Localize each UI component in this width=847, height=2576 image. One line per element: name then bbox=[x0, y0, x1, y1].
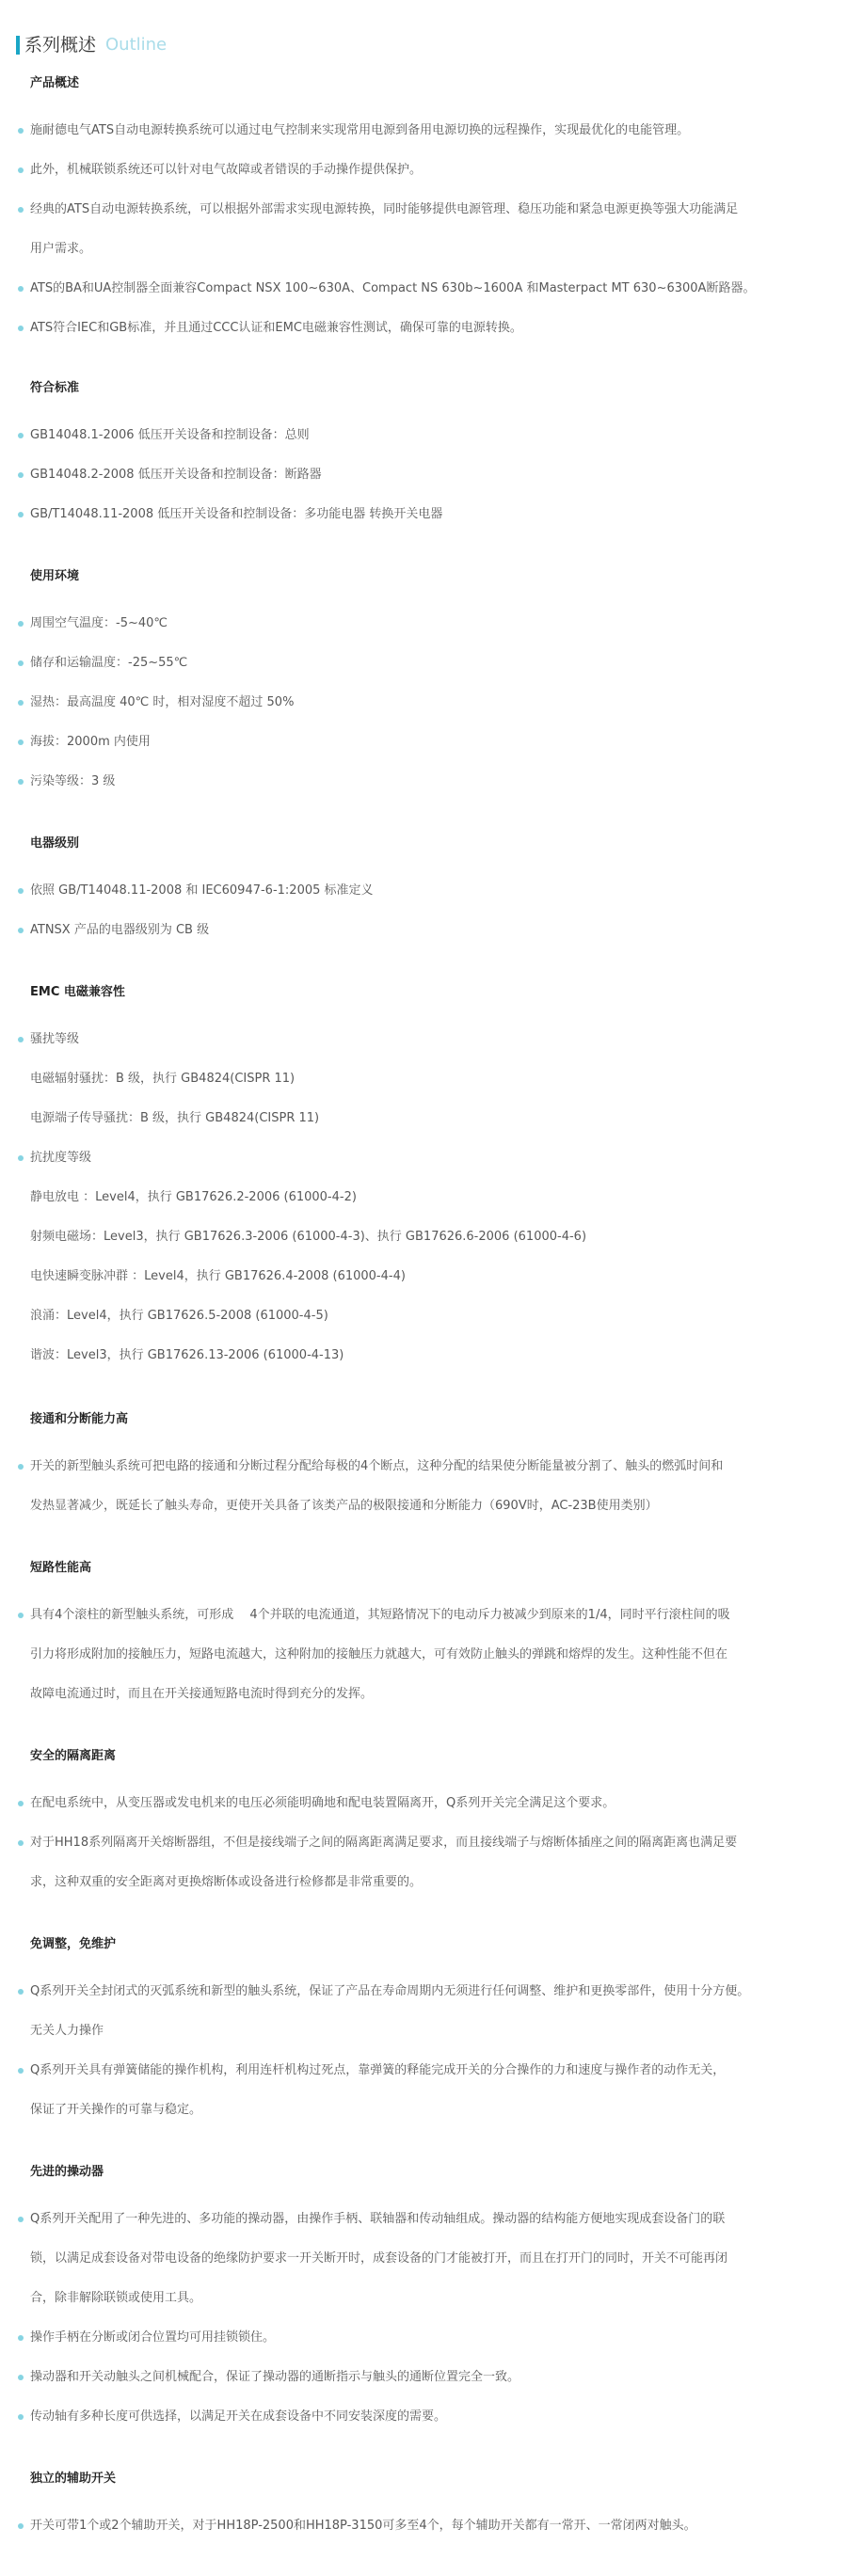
section-heading: 短路性能高 bbox=[30, 1560, 91, 1577]
list-item: 抗扰度等级 bbox=[0, 1150, 847, 1189]
section-lines: 具有4个滚柱的新型触头系统，可形成 4个并联的电流通道，其短路情况下的电动斥力被… bbox=[0, 1607, 847, 1725]
list-item-continuation: 求，这种双重的安全距离对更换熔断体或设备进行检修都是非常重要的。 bbox=[0, 1874, 847, 1914]
list-item: 开关可带1个或2个辅助开关，对于HH18P-2500和HH18P-3150可多至… bbox=[0, 2518, 847, 2557]
list-item: Q系列开关具有弹簧储能的操作机构，利用连杆机构过死点，靠弹簧的释能完成开关的分合… bbox=[0, 2062, 847, 2102]
bullet-dot-icon bbox=[18, 2414, 24, 2420]
bullet-dot-icon bbox=[18, 621, 24, 627]
list-item: 污染等级：3 级 bbox=[0, 773, 847, 813]
list-item-text: Q系列开关全封闭式的灭弧系统和新型的触头系统，保证了产品在寿命周期内无须进行任何… bbox=[30, 1984, 749, 1998]
list-item: 储存和运输温度：-25~55℃ bbox=[0, 655, 847, 694]
bullet-dot-icon bbox=[18, 1464, 24, 1470]
bullet-dot-icon bbox=[18, 1989, 24, 1995]
list-item-continuation: 无关人力操作 bbox=[0, 2023, 847, 2062]
bullet-dot-icon bbox=[18, 928, 24, 933]
list-item-text: 抗扰度等级 bbox=[30, 1151, 91, 1165]
list-item-continuation: 保证了开关操作的可靠与稳定。 bbox=[0, 2102, 847, 2141]
list-item: GB14048.1-2006 低压开关设备和控制设备：总则 bbox=[0, 427, 847, 467]
list-item-text: Q系列开关配用了一种先进的、多功能的操动器，由操作手柄、联轴器和传动轴组成。操动… bbox=[30, 2212, 725, 2226]
list-item: 在配电系统中，从变压器或发电机来的电压必须能明确地和配电装置隔离开，Q系列开关完… bbox=[0, 1795, 847, 1835]
list-item-continuation: 故障电流通过时，而且在开关接通短路电流时得到充分的发挥。 bbox=[0, 1686, 847, 1725]
list-item-continuation: 合，除非解除联锁或使用工具。 bbox=[0, 2290, 847, 2330]
bullet-dot-icon bbox=[18, 2375, 24, 2380]
list-item: ATS的BA和UA控制器全面兼容Compact NSX 100~630A、Com… bbox=[0, 280, 847, 320]
list-item: 经典的ATS自动电源转换系统，可以根据外部需求实现电源转换，同时能够提供电源管理… bbox=[0, 201, 847, 241]
bullet-dot-icon bbox=[18, 512, 24, 517]
list-item: 施耐德电气ATS自动电源转换系统可以通过电气控制来实现常用电源到备用电源切换的远… bbox=[0, 122, 847, 162]
list-item-text: 周围空气温度：-5~40℃ bbox=[30, 616, 168, 630]
list-item: 具有4个滚柱的新型触头系统，可形成 4个并联的电流通道，其短路情况下的电动斥力被… bbox=[0, 1607, 847, 1646]
section-lines: Q系列开关配用了一种先进的、多功能的操动器，由操作手柄、联轴器和传动轴组成。操动… bbox=[0, 2211, 847, 2448]
list-item-text: 依照 GB/T14048.11-2008 和 IEC60947-6-1:2005… bbox=[30, 883, 374, 898]
list-item: 操作手柄在分断或闭合位置均可用挂锁锁住。 bbox=[0, 2330, 847, 2369]
list-item-text: 射频电磁场：Level3，执行 GB17626.3-2006 (61000-4-… bbox=[30, 1230, 586, 1244]
section-lines: 施耐德电气ATS自动电源转换系统可以通过电气控制来实现常用电源到备用电源切换的远… bbox=[0, 122, 847, 359]
list-item-continuation: 静电放电 ：Level4，执行 GB17626.2-2006 (61000-4-… bbox=[0, 1189, 847, 1229]
title-accent-bar bbox=[16, 36, 20, 55]
bullet-dot-icon bbox=[18, 1155, 24, 1161]
section-heading: 符合标准 bbox=[30, 380, 79, 397]
bullet-dot-icon bbox=[18, 700, 24, 706]
bullet-dot-icon bbox=[18, 2523, 24, 2529]
section-lines: 开关可带1个或2个辅助开关，对于HH18P-2500和HH18P-3150可多至… bbox=[0, 2518, 847, 2557]
list-item-text: 湿热：最高温度 40℃ 时，相对湿度不超过 50% bbox=[30, 695, 294, 709]
bullet-dot-icon bbox=[18, 888, 24, 894]
section-lines: 骚扰等级 电磁辐射骚扰：B 级，执行 GB4824(CISPR 11) 电源端子… bbox=[0, 1031, 847, 1387]
list-item-text: 发热显著减少，既延长了触头寿命，更使开关具备了该类产品的极限接通和分断能力（69… bbox=[30, 1499, 658, 1513]
bullet-dot-icon bbox=[18, 472, 24, 478]
list-item-text: 电源端子传导骚扰：B 级，执行 GB4824(CISPR 11) bbox=[30, 1111, 319, 1125]
section-lines: 周围空气温度：-5~40℃ 储存和运输温度：-25~55℃ 湿热：最高温度 40… bbox=[0, 615, 847, 813]
section-heading: 先进的操动器 bbox=[30, 2164, 104, 2181]
list-item-text: 保证了开关操作的可靠与稳定。 bbox=[30, 2103, 201, 2117]
list-item-text: 合，除非解除联锁或使用工具。 bbox=[30, 2291, 201, 2305]
list-item-text: 电磁辐射骚扰：B 级，执行 GB4824(CISPR 11) bbox=[30, 1072, 295, 1086]
bullet-dot-icon bbox=[18, 2217, 24, 2222]
list-item: Q系列开关全封闭式的灭弧系统和新型的触头系统，保证了产品在寿命周期内无须进行任何… bbox=[0, 1983, 847, 2023]
bullet-dot-icon bbox=[18, 660, 24, 666]
list-item-text: 经典的ATS自动电源转换系统，可以根据外部需求实现电源转换，同时能够提供电源管理… bbox=[30, 202, 738, 216]
section-lines: 依照 GB/T14048.11-2008 和 IEC60947-6-1:2005… bbox=[0, 883, 847, 962]
bullet-dot-icon bbox=[18, 1037, 24, 1042]
section-lines: 开关的新型触头系统可把电路的接通和分断过程分配给每极的4个断点，这种分配的结果使… bbox=[0, 1458, 847, 1537]
list-item-continuation: 电源端子传导骚扰：B 级，执行 GB4824(CISPR 11) bbox=[0, 1110, 847, 1150]
list-item-continuation: 引力将形成附加的接触压力，短路电流越大，这种附加的接触压力就越大，可有效防止触头… bbox=[0, 1646, 847, 1686]
section-heading: 接通和分断能力高 bbox=[30, 1411, 128, 1428]
list-item-text: GB14048.1-2006 低压开关设备和控制设备：总则 bbox=[30, 428, 310, 442]
list-item-text: 骚扰等级 bbox=[30, 1032, 79, 1046]
bullet-dot-icon bbox=[18, 326, 24, 331]
page-title: 系列概述 Outline bbox=[16, 34, 167, 56]
section-lines: 在配电系统中，从变压器或发电机来的电压必须能明确地和配电装置隔离开，Q系列开关完… bbox=[0, 1795, 847, 1914]
list-item: 周围空气温度：-5~40℃ bbox=[0, 615, 847, 655]
list-item-continuation: 锁，以满足成套设备对带电设备的绝缘防护要求一开关断开时，成套设备的门才能被打开，… bbox=[0, 2250, 847, 2290]
section-heading: 产品概述 bbox=[30, 75, 79, 92]
list-item-text: Q系列开关具有弹簧储能的操作机构，利用连杆机构过死点，靠弹簧的释能完成开关的分合… bbox=[30, 2063, 725, 2077]
list-item: GB/T14048.11-2008 低压开关设备和控制设备：多功能电器 转换开关… bbox=[0, 506, 847, 546]
list-item-text: 具有4个滚柱的新型触头系统，可形成 4个并联的电流通道，其短路情况下的电动斥力被… bbox=[30, 1608, 730, 1622]
title-english: Outline bbox=[105, 34, 167, 56]
list-item-text: 故障电流通过时，而且在开关接通短路电流时得到充分的发挥。 bbox=[30, 1687, 373, 1701]
list-item-text: 无关人力操作 bbox=[30, 2024, 104, 2038]
bullet-dot-icon bbox=[18, 207, 24, 213]
list-item: 此外，机械联锁系统还可以针对电气故障或者错误的手动操作提供保护。 bbox=[0, 162, 847, 201]
list-item-text: 锁，以满足成套设备对带电设备的绝缘防护要求一开关断开时，成套设备的门才能被打开，… bbox=[30, 2251, 727, 2266]
list-item: 依照 GB/T14048.11-2008 和 IEC60947-6-1:2005… bbox=[0, 883, 847, 922]
section-heading: 独立的辅助开关 bbox=[30, 2471, 116, 2488]
list-item-text: 海拔：2000m 内使用 bbox=[30, 735, 151, 749]
bullet-dot-icon bbox=[18, 1801, 24, 1806]
bullet-dot-icon bbox=[18, 1613, 24, 1618]
list-item-text: 此外，机械联锁系统还可以针对电气故障或者错误的手动操作提供保护。 bbox=[30, 163, 422, 177]
section-heading: 电器级别 bbox=[30, 835, 79, 852]
list-item: 开关的新型触头系统可把电路的接通和分断过程分配给每极的4个断点，这种分配的结果使… bbox=[0, 1458, 847, 1498]
list-item-text: 储存和运输温度：-25~55℃ bbox=[30, 656, 187, 670]
bullet-dot-icon bbox=[18, 2068, 24, 2074]
list-item-text: 操作手柄在分断或闭合位置均可用挂锁锁住。 bbox=[30, 2330, 275, 2345]
section-heading: 免调整，免维护 bbox=[30, 1936, 116, 1953]
list-item: 海拔：2000m 内使用 bbox=[0, 734, 847, 773]
list-item-text: GB14048.2-2008 低压开关设备和控制设备：断路器 bbox=[30, 468, 322, 482]
list-item-text: 操动器和开关动触头之间机械配合，保证了操动器的通断指示与触头的通断位置完全一致。 bbox=[30, 2370, 519, 2384]
list-item-continuation: 谐波：Level3，执行 GB17626.13-2006 (61000-4-13… bbox=[0, 1347, 847, 1387]
list-item: GB14048.2-2008 低压开关设备和控制设备：断路器 bbox=[0, 467, 847, 506]
list-item-text: 引力将形成附加的接触压力，短路电流越大，这种附加的接触压力就越大，可有效防止触头… bbox=[30, 1647, 727, 1662]
list-item-text: 浪涌：Level4，执行 GB17626.5-2008 (61000-4-5) bbox=[30, 1309, 328, 1323]
list-item: 传动轴有多种长度可供选择，以满足开关在成套设备中不同安装深度的需要。 bbox=[0, 2409, 847, 2448]
list-item-text: 谐波：Level3，执行 GB17626.13-2006 (61000-4-13… bbox=[30, 1348, 344, 1362]
section-heading: 使用环境 bbox=[30, 568, 79, 585]
list-item-text: 传动轴有多种长度可供选择，以满足开关在成套设备中不同安装深度的需要。 bbox=[30, 2409, 446, 2424]
bullet-dot-icon bbox=[18, 433, 24, 438]
list-item: 骚扰等级 bbox=[0, 1031, 847, 1071]
list-item: 对于HH18系列隔离开关熔断器组，不但是接线端子之间的隔离距离满足要求，而且接线… bbox=[0, 1835, 847, 1874]
bullet-dot-icon bbox=[18, 2335, 24, 2341]
bullet-dot-icon bbox=[18, 1840, 24, 1846]
list-item-text: 电快速瞬变脉冲群 ：Level4，执行 GB17626.4-2008 (6100… bbox=[30, 1269, 406, 1283]
list-item-text: 开关的新型触头系统可把电路的接通和分断过程分配给每极的4个断点，这种分配的结果使… bbox=[30, 1459, 723, 1473]
bullet-dot-icon bbox=[18, 779, 24, 785]
list-item-text: 开关可带1个或2个辅助开关，对于HH18P-2500和HH18P-3150可多至… bbox=[30, 2519, 696, 2533]
list-item-text: 静电放电 ：Level4，执行 GB17626.2-2006 (61000-4-… bbox=[30, 1190, 357, 1204]
section-heading: EMC 电磁兼容性 bbox=[30, 984, 125, 1001]
list-item-text: 污染等级：3 级 bbox=[30, 774, 115, 788]
bullet-dot-icon bbox=[18, 739, 24, 745]
list-item: 操动器和开关动触头之间机械配合，保证了操动器的通断指示与触头的通断位置完全一致。 bbox=[0, 2369, 847, 2409]
list-item-text: ATNSX 产品的电器级别为 CB 级 bbox=[30, 923, 209, 937]
list-item: ATNSX 产品的电器级别为 CB 级 bbox=[0, 922, 847, 962]
list-item-continuation: 电快速瞬变脉冲群 ：Level4，执行 GB17626.4-2008 (6100… bbox=[0, 1268, 847, 1308]
list-item-text: 用户需求。 bbox=[30, 242, 91, 256]
bullet-dot-icon bbox=[18, 128, 24, 134]
section-heading: 安全的隔离距离 bbox=[30, 1748, 116, 1765]
list-item-continuation: 发热显著减少，既延长了触头寿命，更使开关具备了该类产品的极限接通和分断能力（69… bbox=[0, 1498, 847, 1537]
list-item-text: 求，这种双重的安全距离对更换熔断体或设备进行检修都是非常重要的。 bbox=[30, 1875, 422, 1889]
list-item: Q系列开关配用了一种先进的、多功能的操动器，由操作手柄、联轴器和传动轴组成。操动… bbox=[0, 2211, 847, 2250]
list-item: ATS符合IEC和GB标准，并且通过CCC认证和EMC电磁兼容性测试，确保可靠的… bbox=[0, 320, 847, 359]
list-item-text: 对于HH18系列隔离开关熔断器组，不但是接线端子之间的隔离距离满足要求，而且接线… bbox=[30, 1836, 737, 1850]
list-item-continuation: 射频电磁场：Level3，执行 GB17626.3-2006 (61000-4-… bbox=[0, 1229, 847, 1268]
list-item-text: GB/T14048.11-2008 低压开关设备和控制设备：多功能电器 转换开关… bbox=[30, 507, 442, 521]
list-item-continuation: 用户需求。 bbox=[0, 241, 847, 280]
title-chinese: 系列概述 bbox=[24, 34, 96, 56]
section-lines: GB14048.1-2006 低压开关设备和控制设备：总则 GB14048.2-… bbox=[0, 427, 847, 546]
list-item-text: ATS符合IEC和GB标准，并且通过CCC认证和EMC电磁兼容性测试，确保可靠的… bbox=[30, 321, 522, 335]
bullet-dot-icon bbox=[18, 286, 24, 292]
section-lines: Q系列开关全封闭式的灭弧系统和新型的触头系统，保证了产品在寿命周期内无须进行任何… bbox=[0, 1983, 847, 2141]
list-item-text: ATS的BA和UA控制器全面兼容Compact NSX 100~630A、Com… bbox=[30, 281, 755, 295]
list-item-continuation: 电磁辐射骚扰：B 级，执行 GB4824(CISPR 11) bbox=[0, 1071, 847, 1110]
list-item-continuation: 浪涌：Level4，执行 GB17626.5-2008 (61000-4-5) bbox=[0, 1308, 847, 1347]
list-item: 湿热：最高温度 40℃ 时，相对湿度不超过 50% bbox=[0, 694, 847, 734]
list-item-text: 在配电系统中，从变压器或发电机来的电压必须能明确地和配电装置隔离开，Q系列开关完… bbox=[30, 1796, 615, 1810]
bullet-dot-icon bbox=[18, 167, 24, 173]
list-item-text: 施耐德电气ATS自动电源转换系统可以通过电气控制来实现常用电源到备用电源切换的远… bbox=[30, 123, 689, 137]
